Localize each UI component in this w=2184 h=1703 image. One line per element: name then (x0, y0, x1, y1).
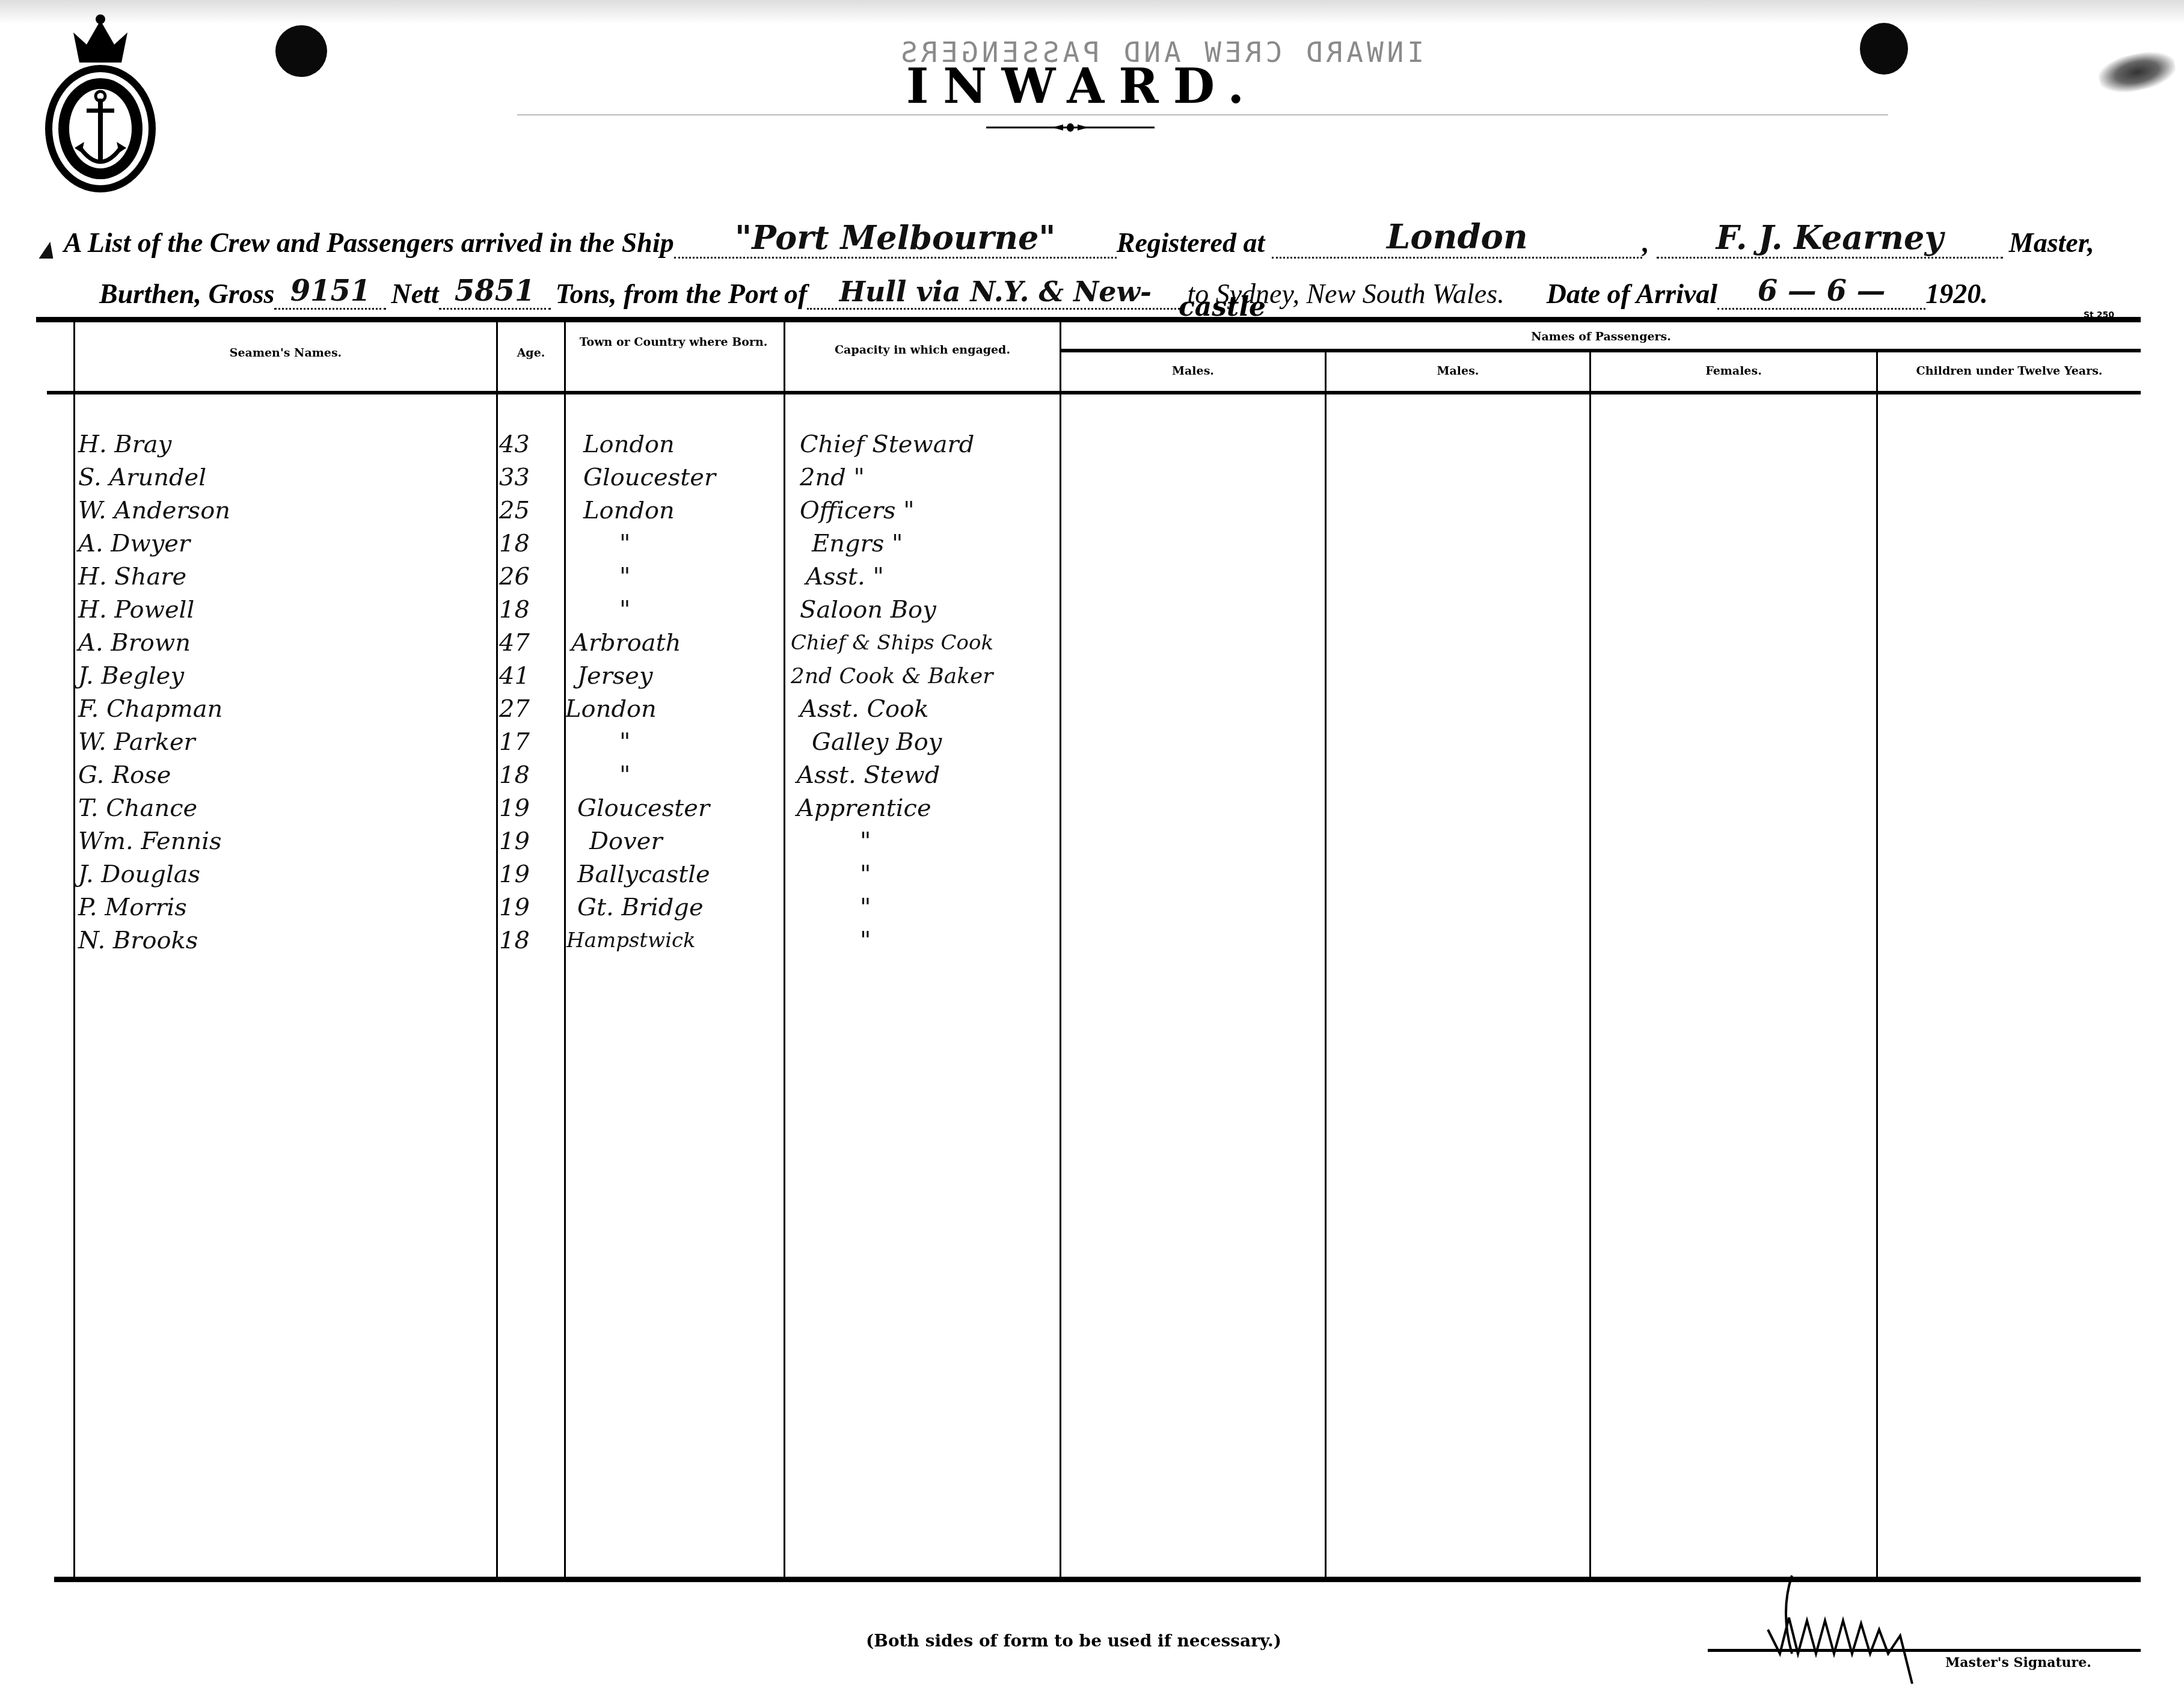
crew-born: " (619, 560, 630, 594)
crew-name: F. Chapman (78, 693, 222, 726)
crew-born: " (619, 726, 630, 759)
crew-age: 26 (499, 560, 530, 594)
table-header-bottom-rule (47, 391, 2141, 394)
nett-label: Nett (391, 278, 438, 310)
header-males-2: Males. (1327, 364, 1589, 378)
form-heading-line-1: A List of the Crew and Passengers arrive… (41, 204, 2146, 259)
crew-born: London (583, 494, 675, 527)
crew-capacity: 2nd " (800, 461, 865, 494)
crew-age: 18 (499, 759, 530, 792)
comma-separator: , (1642, 227, 1649, 259)
ship-name-field: "Port Melbourne" (674, 218, 1117, 259)
crew-capacity: Asst. Stewd (797, 759, 940, 792)
master-label: Master, (2009, 227, 2094, 259)
crew-name: P. Morris (78, 891, 187, 924)
passenger-group-rule (1061, 349, 2141, 352)
crew-name: Wm. Fennis (78, 825, 222, 858)
crew-born: Dover (589, 825, 663, 858)
col-rule-children (1876, 352, 1878, 1579)
crew-name: N. Brooks (78, 924, 198, 957)
crew-name: J. Douglas (78, 858, 200, 891)
crew-age: 18 (499, 594, 530, 627)
crew-born: Gloucester (583, 461, 716, 494)
crew-born: " (619, 759, 630, 792)
faint-bleed-rule (517, 114, 1888, 115)
crew-age: 19 (499, 792, 530, 825)
punch-hole-right (1860, 23, 1908, 75)
crew-name: H. Share (78, 560, 186, 594)
table-top-rule (36, 317, 2141, 322)
crew-age: 19 (499, 858, 530, 891)
master-name-field: F. J. Kearney (1657, 218, 2003, 259)
crew-born: Gt. Bridge (577, 891, 704, 924)
burthen-gross-label: Burthen, Gross (99, 278, 274, 310)
crew-name: W. Anderson (78, 494, 230, 527)
anchor-crown-crest-icon (37, 8, 164, 195)
crew-born: London (565, 693, 657, 726)
ink-smudge (2096, 46, 2179, 97)
crew-capacity: " (860, 858, 871, 891)
heading-prefix: A List of the Crew and Passengers arrive… (64, 227, 674, 259)
master-signature-line (1708, 1649, 2141, 1652)
gross-tons-field: 9151 (274, 274, 386, 310)
date-of-arrival-field: 6 — 6 — (1717, 274, 1925, 310)
crew-born: Ballycastle (577, 858, 710, 891)
crew-name: H. Powell (78, 594, 194, 627)
registered-at-field: London (1272, 217, 1642, 259)
crew-capacity: 2nd Cook & Baker (791, 660, 993, 693)
crew-capacity: " (860, 924, 871, 957)
header-females: Females. (1591, 364, 1876, 378)
shipping-masters-crest (37, 8, 164, 195)
crew-age: 27 (499, 693, 530, 726)
crew-age: 33 (499, 461, 530, 494)
crew-born: Hampstwick (566, 924, 696, 957)
crew-capacity: Asst. " (806, 560, 884, 594)
port-of-departure-field: Hull via N.Y. & New- (807, 275, 1183, 310)
header-passengers-group: Names of Passengers. (1061, 330, 2141, 344)
nett-tons-field: 5851 (439, 274, 551, 310)
crew-name: S. Arundel (78, 461, 206, 494)
heading-bullet-icon (39, 242, 58, 259)
page-title: INWARD. (854, 58, 1311, 114)
punch-hole-left (275, 25, 327, 77)
crew-born: Arbroath (571, 627, 681, 660)
crew-capacity: Asst. Cook (800, 693, 928, 726)
crew-name: W. Parker (78, 726, 195, 759)
title-flourish-divider (986, 123, 1155, 132)
crew-name: H. Bray (78, 428, 171, 461)
crew-capacity: Chief & Ships Cook (791, 627, 993, 660)
col-rule-capacity (784, 322, 785, 1579)
crew-age: 47 (499, 627, 530, 660)
crew-age: 41 (499, 660, 530, 693)
crew-age: 18 (499, 924, 530, 957)
crew-name: J. Begley (78, 660, 184, 693)
tons-from-port-label: Tons, from the Port of (556, 278, 808, 310)
crew-born: Gloucester (577, 792, 710, 825)
crew-capacity: Engrs " (812, 527, 903, 560)
crew-age: 43 (499, 428, 530, 461)
crew-age: 19 (499, 825, 530, 858)
crew-capacity: " (860, 825, 871, 858)
registered-label: Registered at (1117, 227, 1265, 259)
scan-noise-band (0, 0, 2184, 24)
crew-capacity: Apprentice (797, 792, 931, 825)
crew-capacity: Officers " (800, 494, 915, 527)
date-of-arrival-label: Date of Arrival (1547, 278, 1718, 310)
header-town-born: Town or Country where Born. (577, 335, 770, 349)
crew-age: 18 (499, 527, 530, 560)
header-capacity: Capacity in which engaged. (785, 343, 1060, 357)
crew-age: 19 (499, 891, 530, 924)
form-heading-line-2: Burthen, Gross 9151 Nett 5851 Tons, from… (99, 256, 2144, 310)
col-rule-males-2 (1325, 352, 1327, 1579)
crew-born: " (619, 594, 630, 627)
crew-capacity: Galley Boy (812, 726, 942, 759)
header-males-1: Males. (1061, 364, 1325, 378)
crew-born: London (583, 428, 675, 461)
col-rule-age (496, 322, 498, 1579)
arrival-year: 1920. (1925, 278, 1988, 310)
crew-age: 25 (499, 494, 530, 527)
header-children: Children under Twelve Years. (1878, 364, 2141, 378)
crew-born: Jersey (577, 660, 653, 693)
crew-capacity: " (860, 891, 871, 924)
crew-capacity: Chief Steward (800, 428, 974, 461)
master-signature-label: Master's Signature. (1945, 1655, 2091, 1671)
crew-name: T. Chance (78, 792, 197, 825)
col-rule-females (1589, 352, 1591, 1579)
col-rule-passengers (1060, 322, 1061, 1579)
crew-name: G. Rose (78, 759, 171, 792)
crew-capacity: Saloon Boy (800, 594, 936, 627)
both-sides-note: (Both sides of form to be used if necess… (866, 1631, 1281, 1651)
header-seamens-names: Seamen's Names. (75, 346, 496, 360)
crew-born: " (619, 527, 630, 560)
crew-name: A. Dwyer (78, 527, 190, 560)
col-rule-left (73, 322, 75, 1579)
col-rule-town (564, 322, 566, 1579)
header-age: Age. (498, 346, 564, 360)
crew-age: 17 (499, 726, 530, 759)
crew-name: A. Brown (78, 627, 191, 660)
